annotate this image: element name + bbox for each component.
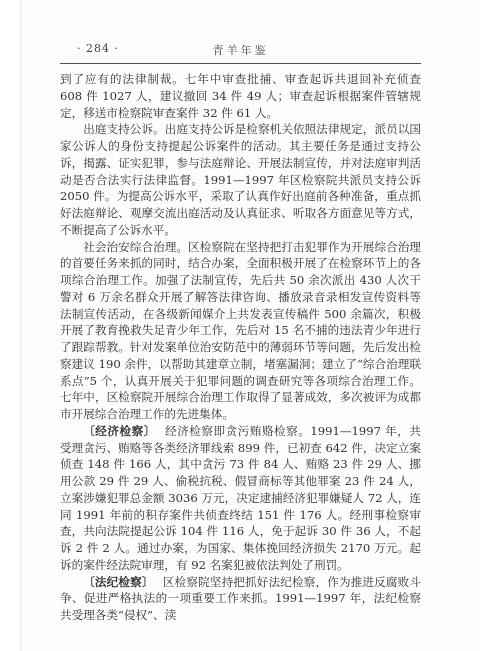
paragraph-economic-procuratorate: 〔经济检察〕经济检察即贪污贿赂检察。1991—1997 年，共受理贪污、贿赂等各… — [60, 423, 421, 574]
paragraph-text: 出庭支持公诉。出庭支持公诉是检察机关依照法律规定，派员以国家公诉人的身份支持提起… — [60, 122, 421, 237]
running-header: · 284 · 青羊年鉴 — [60, 42, 421, 64]
paragraph-continuation: 到了应有的法律制裁。七年中审查批捕、审查起诉共退回补充侦查 608 件 1027… — [60, 71, 421, 121]
book-title: 青羊年鉴 — [60, 42, 421, 58]
paragraph-public-security: 社会治安综合治理。区检察院在坚持把打击犯罪作为开展综合治理的首要任务来抓的同时，… — [60, 239, 421, 423]
scanned-yearbook-page: { "header": { "page_number": "· 284 ·", … — [0, 0, 480, 651]
paragraph-text: 经济检察即贪污贿赂检察。1991—1997 年，共受理贪污、贿赂等各类经济罪线索… — [60, 424, 421, 572]
paragraph-text: 到了应有的法律制裁。七年中审查批捕、审查起诉共退回补充侦查 608 件 1027… — [60, 72, 421, 120]
body-text: 到了应有的法律制裁。七年中审查批捕、审查起诉共退回补充侦查 608 件 1027… — [60, 71, 421, 624]
entry-label-economic: 〔经济检察〕 — [83, 424, 156, 438]
paragraph-court-prosecution: 出庭支持公诉。出庭支持公诉是检察机关依照法律规定，派员以国家公诉人的身份支持提起… — [60, 121, 421, 238]
entry-label-discipline: 〔法纪检察〕 — [83, 575, 153, 589]
page-content: · 284 · 青羊年鉴 到了应有的法律制裁。七年中审查批捕、审查起诉共退回补充… — [60, 42, 421, 624]
paragraph-text: 社会治安综合治理。区检察院在坚持把打击犯罪作为开展综合治理的首要任务来抓的同时，… — [60, 240, 421, 422]
paragraph-discipline-procuratorate: 〔法纪检察〕区检察院坚持把抓好法纪检察，作为推进反腐败斗争、促进严格执法的一项重… — [60, 574, 421, 624]
